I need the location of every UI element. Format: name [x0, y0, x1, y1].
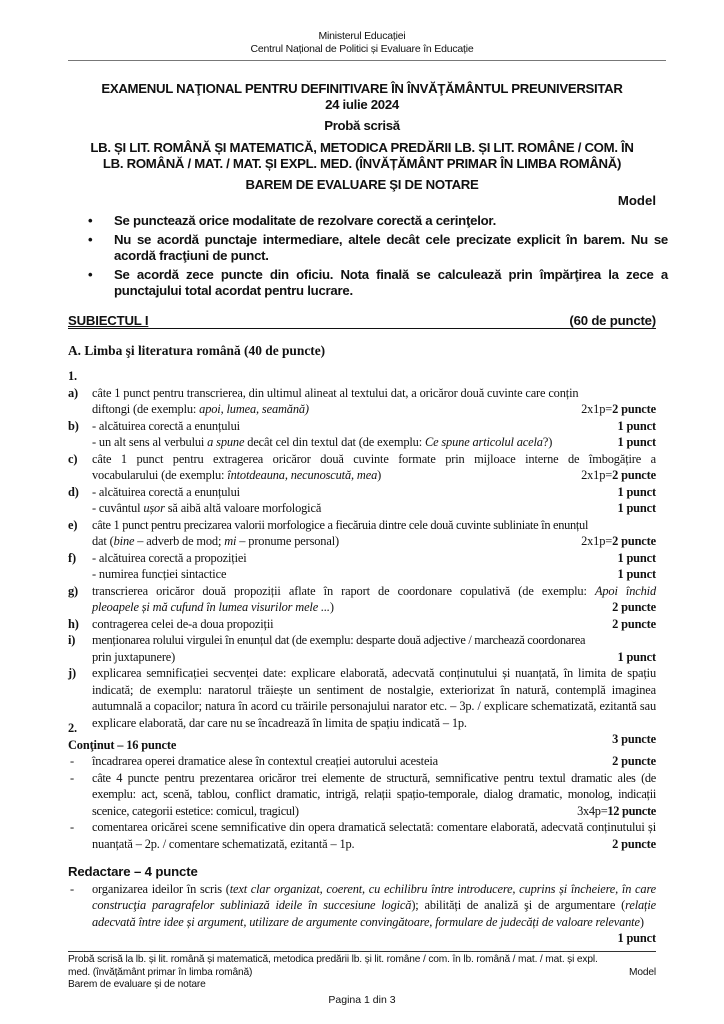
- footer-model: Model: [629, 967, 656, 980]
- item-text: prin juxtapunere): [92, 649, 609, 666]
- item-label: a): [68, 385, 78, 402]
- item-a: a) câte 1 punct pentru transcrierea, din…: [68, 385, 656, 418]
- item-label: g): [68, 583, 78, 600]
- question-number: 1.: [68, 368, 656, 385]
- item-label: b): [68, 418, 79, 435]
- item-text: - alcătuirea corectă a enunțului: [92, 418, 609, 435]
- item-e: e) câte 1 punct pentru precizarea valori…: [68, 517, 656, 550]
- redactare-heading: Redactare – 4 puncte: [68, 864, 656, 881]
- subject-points: (60 de puncte): [569, 313, 656, 328]
- item-text: câte 1 punct pentru transcrierea, din ul…: [92, 385, 656, 402]
- general-rules: Se punctează orice modalitate de rezolva…: [88, 213, 668, 302]
- item-h: h) contragerea celei de-a doua propoziți…: [68, 616, 656, 633]
- subject-name: SUBIECTUL I: [68, 313, 148, 328]
- item-b: b) - alcătuirea corectă a enunțului1 pun…: [68, 418, 656, 451]
- item-text: - alcătuirea corectă a enunțului: [92, 484, 609, 501]
- center-name: Centrul Național de Politici și Evaluare…: [0, 43, 724, 56]
- item-points: 2 puncte: [604, 616, 656, 633]
- item-label: f): [68, 550, 76, 567]
- item-text: câte 1 punct pentru precizarea valorii m…: [92, 517, 656, 534]
- subject-heading: SUBIECTUL I (60 de puncte): [68, 313, 656, 329]
- rule-item: Nu se acordă punctaje intermediare, alte…: [88, 232, 668, 264]
- item-text: menționarea rolului virgulei în enunțul …: [92, 632, 656, 649]
- item-i: i) menționarea rolului virgulei în enunț…: [68, 632, 656, 665]
- question-1: 1. a) câte 1 punct pentru transcrierea, …: [68, 368, 656, 748]
- item-text: diftongi (de exemplu:: [92, 402, 199, 416]
- rule-item: Se acordă zece puncte din oficiu. Nota f…: [88, 267, 668, 299]
- item-g: g) transcrierea oricăror două propoziții…: [68, 583, 656, 616]
- content-heading: Conţinut – 16 puncte: [68, 737, 656, 754]
- section-a-title: A. Limba şi literatura română (40 de pun…: [68, 343, 325, 359]
- item-label: c): [68, 451, 77, 468]
- barem-title: BAREM DE EVALUARE ŞI DE NOTARE: [0, 177, 724, 193]
- item-points: 1 punct: [609, 500, 656, 517]
- rule-item: Se punctează orice modalitate de rezolva…: [88, 213, 668, 229]
- item-points: 1 punct: [609, 434, 656, 451]
- item-f: f) - alcătuirea corectă a propoziției1 p…: [68, 550, 656, 583]
- item-d: d) - alcătuirea corectă a enunțului1 pun…: [68, 484, 656, 517]
- content-item: comentarea oricărei scene semnificative …: [68, 819, 656, 852]
- item-c: c) câte 1 punct pentru extragerea oricăr…: [68, 451, 656, 484]
- item-points: 1 punct: [609, 484, 656, 501]
- item-points: 1 punct: [609, 418, 656, 435]
- subject-line-1: LB. ȘI LIT. ROMÂNĂ ȘI MATEMATICĂ, METODI…: [0, 140, 724, 156]
- exam-title: EXAMENUL NAŢIONAL PENTRU DEFINITIVARE ÎN…: [0, 81, 724, 97]
- model-label: Model: [618, 193, 656, 208]
- item-text: - numirea funcției sintactice: [92, 566, 609, 583]
- item-points: 2x1p=2 puncte: [573, 533, 656, 550]
- header-divider: [68, 60, 666, 61]
- item-label: h): [68, 616, 79, 633]
- question-2: 2. Conţinut – 16 puncte încadrarea opere…: [68, 720, 656, 947]
- item-text: contragerea celei de-a doua propoziții: [92, 616, 604, 633]
- item-points: 1 punct: [609, 566, 656, 583]
- item-points: 2 puncte: [604, 753, 656, 770]
- redactare-item: organizarea ideilor în scris (text clar …: [68, 881, 656, 931]
- example-text: apoi, lumea, seamănă): [199, 402, 309, 416]
- content-item: încadrarea operei dramatice alese în con…: [68, 753, 656, 770]
- footer: Probă scrisă la lb. și lit. română și ma…: [68, 954, 656, 992]
- item-label: j): [68, 665, 76, 682]
- test-type: Probă scrisă: [0, 118, 724, 134]
- item-label: d): [68, 484, 79, 501]
- exam-date: 24 iulie 2024: [0, 97, 724, 113]
- page-number: Pagina 1 din 3: [0, 994, 724, 1006]
- item-label: e): [68, 517, 77, 534]
- item-points: 1 punct: [609, 649, 656, 666]
- footer-divider: [68, 951, 656, 952]
- item-text: - alcătuirea corectă a propoziției: [92, 550, 609, 567]
- item-label: i): [68, 632, 75, 649]
- item-points: 2 puncte: [604, 599, 656, 616]
- content-item: câte 4 puncte pentru prezentarea oricăro…: [68, 770, 656, 820]
- ministry-name: Ministerul Educației: [0, 30, 724, 43]
- footer-line-2: med. (învățământ primar în limba română): [68, 967, 252, 980]
- item-points: 2x1p=2 puncte: [573, 401, 656, 418]
- item-points: 1 punct: [609, 550, 656, 567]
- item-points: 2x1p=2 puncte: [573, 467, 656, 484]
- question-number: 2.: [68, 720, 656, 737]
- footer-line-1: Probă scrisă la lb. și lit. română și ma…: [68, 954, 656, 967]
- subject-line-2: LB. ROMÂNĂ / MAT. / MAT. ȘI EXPL. MED. (…: [0, 156, 724, 172]
- item-text: câte 1 punct pentru extragerea oricăror …: [92, 451, 656, 468]
- footer-line-3: Barem de evaluare și de notare: [68, 979, 656, 992]
